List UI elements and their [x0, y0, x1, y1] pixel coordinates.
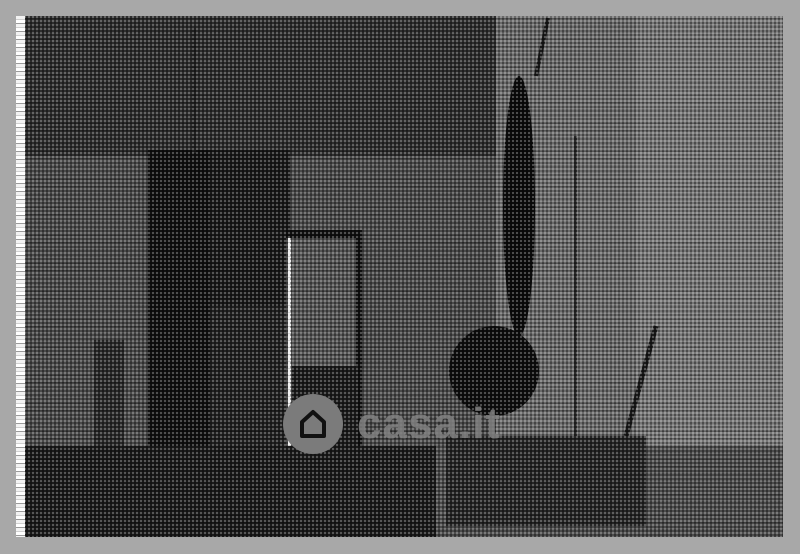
- casa-it-watermark: casa.it: [283, 394, 501, 454]
- listing-photo: [16, 16, 783, 537]
- dither-texture: [16, 16, 783, 537]
- house-icon: [296, 407, 330, 441]
- scan-edge-strip: [16, 16, 25, 537]
- watermark-text: casa.it: [357, 402, 501, 446]
- watermark-badge: [283, 394, 343, 454]
